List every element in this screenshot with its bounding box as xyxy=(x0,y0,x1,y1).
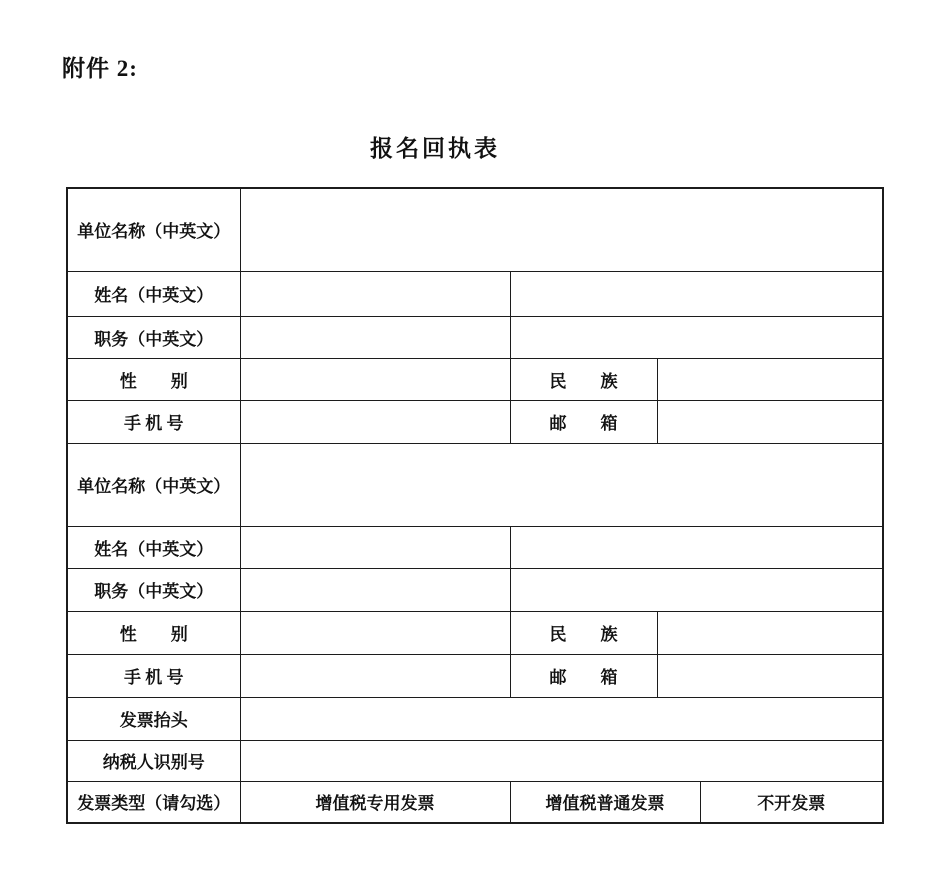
invoice-type-label: 发票类型（请勾选） xyxy=(67,781,240,823)
attendee1-ethnicity-label: 民 族 xyxy=(510,358,657,400)
attendee2-email-value-cell[interactable] xyxy=(657,654,883,697)
invoice-header-value-cell[interactable] xyxy=(240,697,883,740)
attachment-label: 附件 2: xyxy=(62,50,138,83)
registration-table: 单位名称（中英文） 姓名（中英文） 职务（中英文） 性 别 民 族 手 机 号 … xyxy=(66,187,884,824)
invoice-header-label: 发票抬头 xyxy=(67,697,240,740)
invoice-type-option-special[interactable]: 增值税专用发票 xyxy=(240,781,510,823)
attendee1-name-value-cell[interactable] xyxy=(240,271,510,316)
invoice-type-option-none[interactable]: 不开发票 xyxy=(700,781,883,823)
attendee1-mobile-value-cell[interactable] xyxy=(240,400,510,443)
attendee2-title-value-cell[interactable] xyxy=(240,568,510,611)
attendee2-ethnicity-value-cell[interactable] xyxy=(657,611,883,654)
attendee1-ethnicity-value-cell[interactable] xyxy=(657,358,883,400)
invoice-taxpayer-id-label: 纳税人识别号 xyxy=(67,740,240,781)
attendee2-mobile-label: 手 机 号 xyxy=(67,654,240,697)
attendee2-title-value-cell-2[interactable] xyxy=(510,568,883,611)
attendee2-name-label: 姓名（中英文） xyxy=(67,526,240,568)
attendee1-email-label: 邮 箱 xyxy=(510,400,657,443)
attendee1-title-value-cell[interactable] xyxy=(240,316,510,358)
invoice-taxpayer-id-value-cell[interactable] xyxy=(240,740,883,781)
invoice-type-option-general[interactable]: 增值税普通发票 xyxy=(510,781,700,823)
attendee1-title-label: 职务（中英文） xyxy=(67,316,240,358)
attendee1-mobile-label: 手 机 号 xyxy=(67,400,240,443)
attendee1-name-value-cell-2[interactable] xyxy=(510,271,883,316)
attendee1-gender-value-cell[interactable] xyxy=(240,358,510,400)
attendee2-name-value-cell[interactable] xyxy=(240,526,510,568)
attendee2-org-label: 单位名称（中英文） xyxy=(67,443,240,526)
attendee1-title-value-cell-2[interactable] xyxy=(510,316,883,358)
attendee2-email-label: 邮 箱 xyxy=(510,654,657,697)
document-page: 附件 2: 报名回执表 单位名称（中英文） 姓名（中英文） 职务（中英文） 性 … xyxy=(0,0,932,883)
attendee2-title-label: 职务（中英文） xyxy=(67,568,240,611)
attendee2-name-value-cell-2[interactable] xyxy=(510,526,883,568)
attendee2-mobile-value-cell[interactable] xyxy=(240,654,510,697)
attendee1-gender-label: 性 别 xyxy=(67,358,240,400)
page-title: 报名回执表 xyxy=(0,130,901,163)
attendee2-gender-value-cell[interactable] xyxy=(240,611,510,654)
attendee1-org-value-cell[interactable] xyxy=(240,188,883,271)
attendee1-org-label: 单位名称（中英文） xyxy=(67,188,240,271)
attendee2-ethnicity-label: 民 族 xyxy=(510,611,657,654)
attendee1-name-label: 姓名（中英文） xyxy=(67,271,240,316)
attendee1-email-value-cell[interactable] xyxy=(657,400,883,443)
attendee2-gender-label: 性 别 xyxy=(67,611,240,654)
attendee2-org-value-cell[interactable] xyxy=(240,443,883,526)
